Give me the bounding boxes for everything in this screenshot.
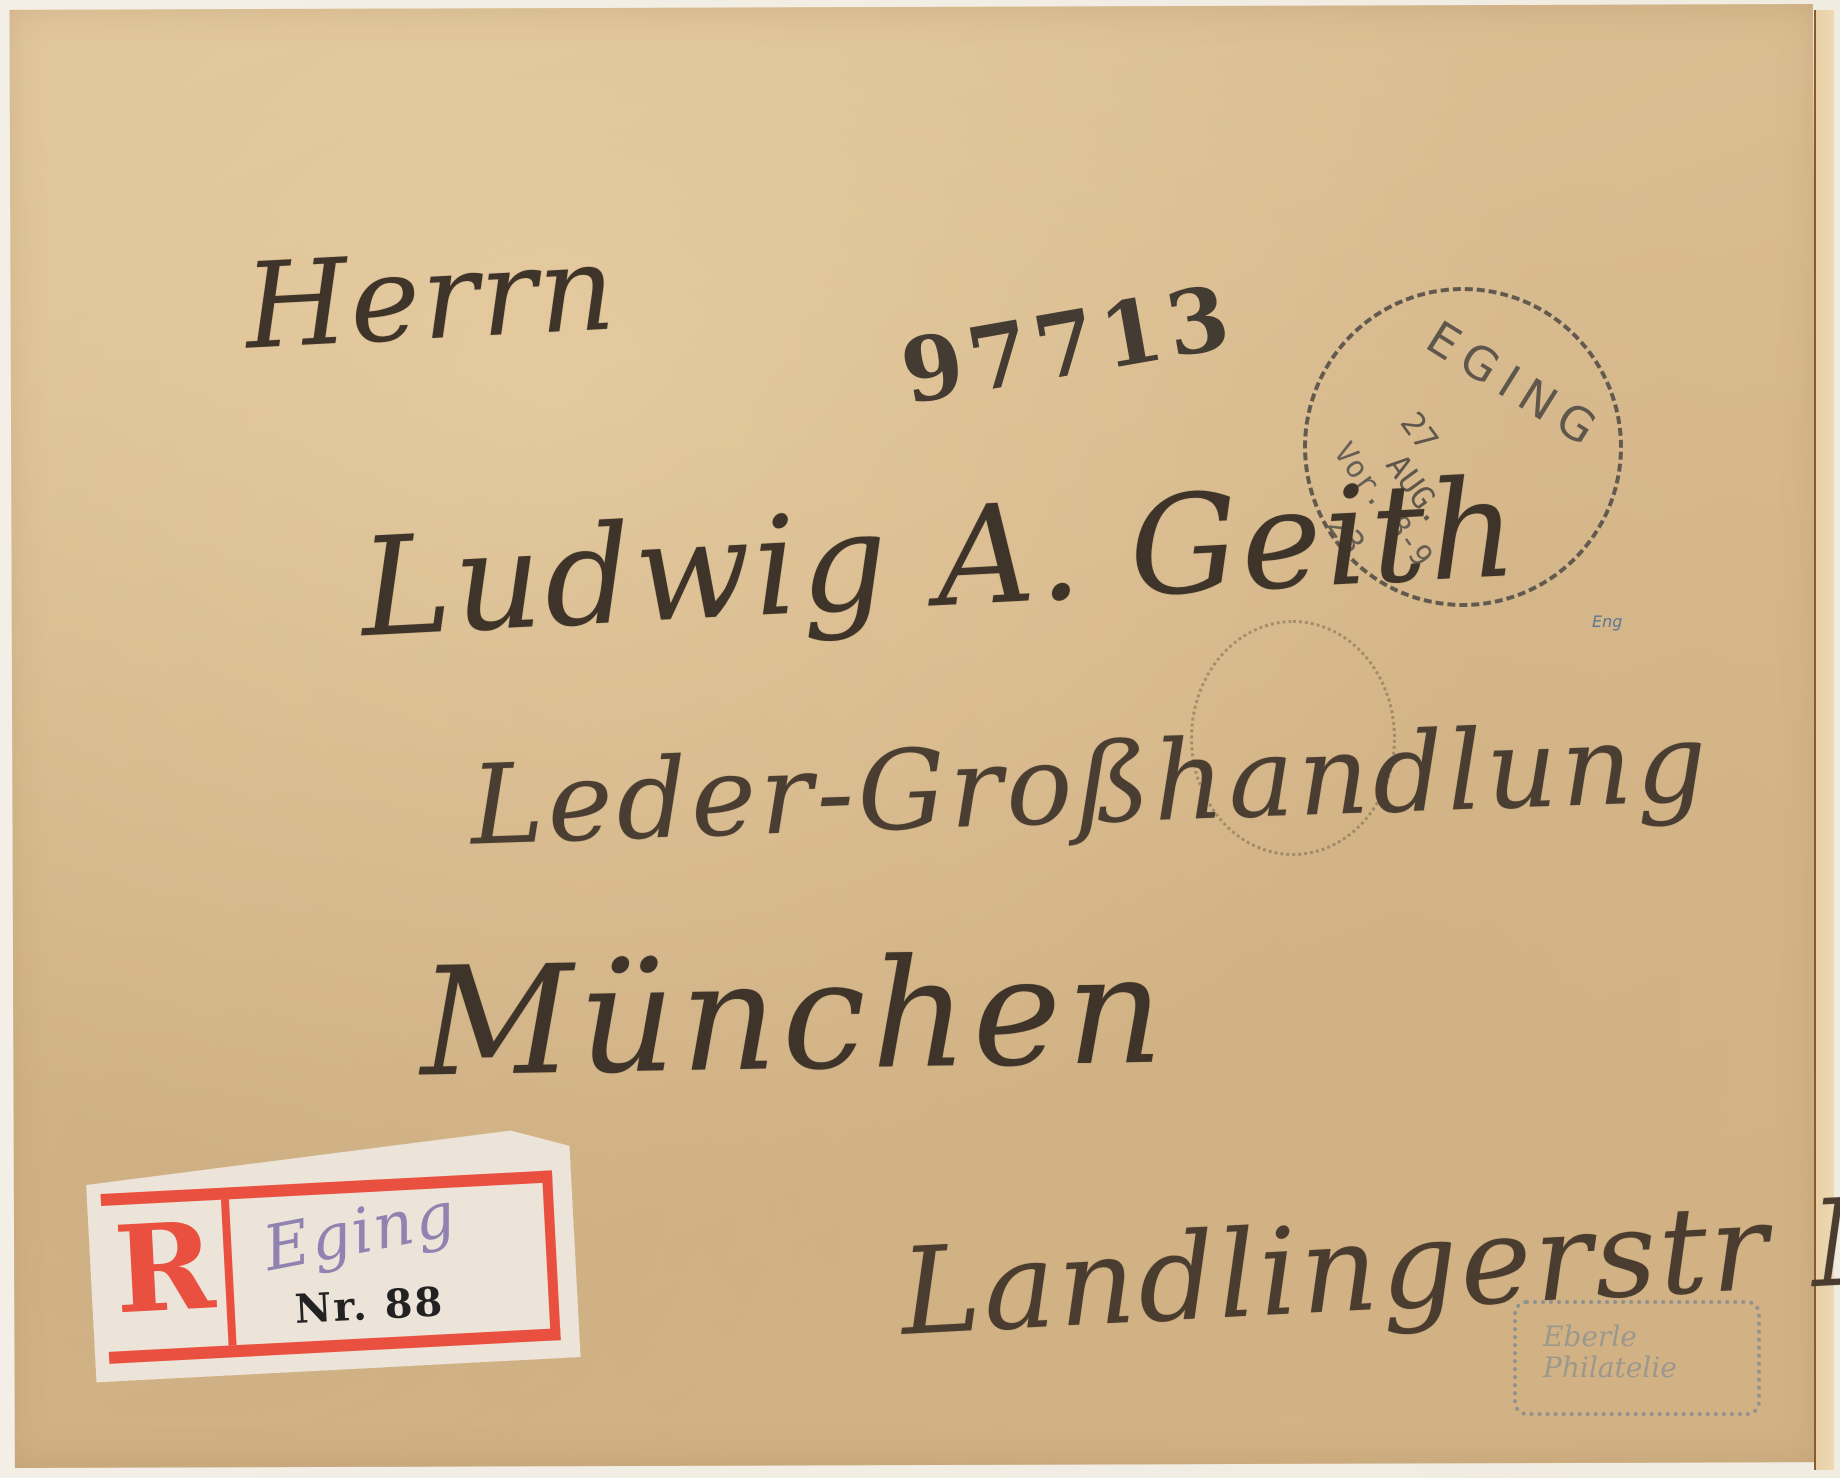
postmark-day: 27 [1395,406,1444,456]
registration-label-divider [221,1199,237,1345]
registration-origin: Eging [258,1177,463,1286]
blue-pencil-mark: Eng [1592,612,1622,631]
address-salutation: Herrn [242,218,620,375]
address-city: München [419,923,1170,1110]
dealer-stamp-text: Eberle Philatelie [1543,1322,1677,1384]
registration-label-frame: R Eging Nr. 88 [100,1170,560,1363]
registration-label-number: Nr. 88 [294,1278,446,1333]
dealer-stamp: Eberle Philatelie [1513,1300,1761,1416]
registration-letter: R [111,1206,217,1331]
